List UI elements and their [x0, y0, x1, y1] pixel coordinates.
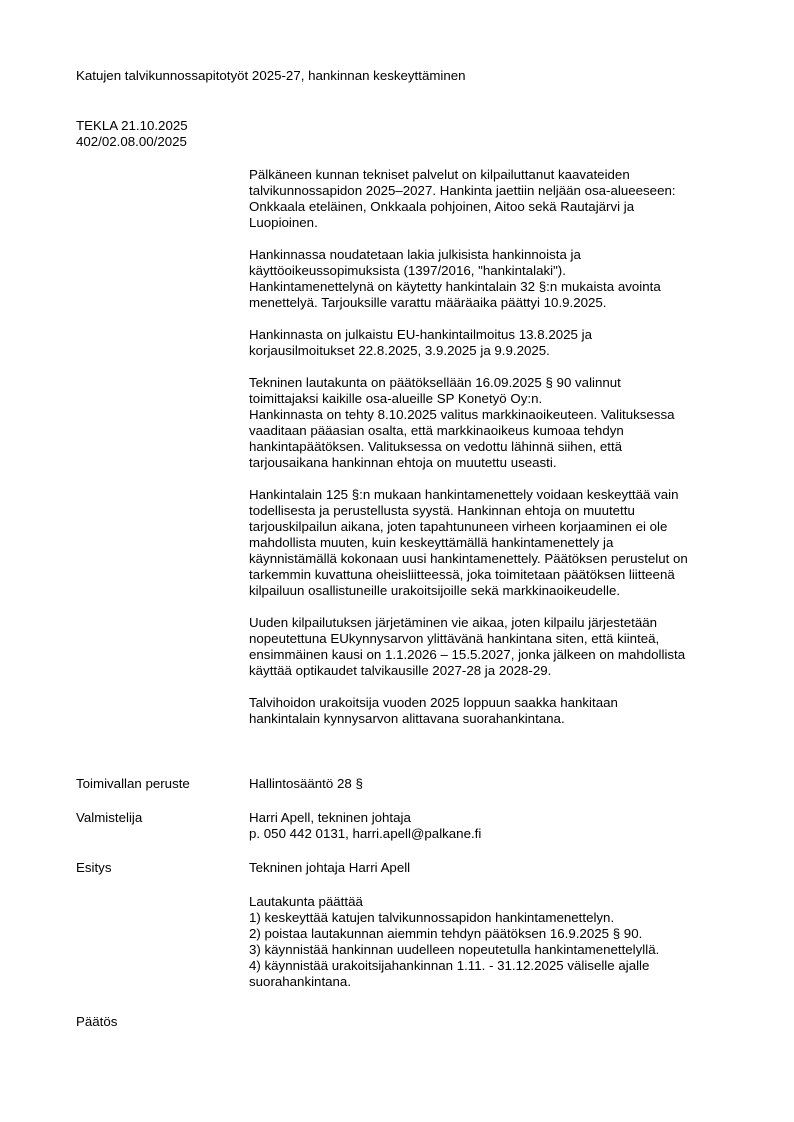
text-line: tarjousaikana hankinnan ehtoja on muutet…: [249, 455, 749, 471]
text-line: Talvihoidon urakoitsija vuoden 2025 lopp…: [249, 695, 749, 711]
preparer-contact: p. 050 442 0131, harri.apell@palkane.fi: [249, 826, 481, 842]
text-line: Pälkäneen kunnan tekniset palvelut on ki…: [249, 167, 749, 183]
text-line: korjausilmoitukset 22.8.2025, 3.9.2025 j…: [249, 343, 749, 359]
document-meta: TEKLA 21.10.2025 402/02.08.00/2025: [76, 118, 188, 150]
authority-label: Toimivallan peruste: [76, 776, 190, 792]
text-line: menettelyä. Tarjouksille varattu määräai…: [249, 295, 749, 311]
proposal-item: suorahankintana.: [249, 974, 659, 990]
proposal-label: Esitys: [76, 860, 111, 876]
meeting-reference: TEKLA 21.10.2025: [76, 118, 188, 134]
text-line: mahdollista muuten, kuin keskeyttämällä …: [249, 535, 749, 551]
text-line: hankintapäätöksen. Valituksessa on vedot…: [249, 439, 749, 455]
paragraph: Pälkäneen kunnan tekniset palvelut on ki…: [249, 167, 749, 231]
text-line: Uuden kilpailutuksen järjetäminen vie ai…: [249, 615, 749, 631]
decision-label: Päätös: [76, 1014, 117, 1030]
authority-value: Hallintosääntö 28 §: [249, 776, 363, 792]
text-line: talvikunnossapidon 2025–2027. Hankinta j…: [249, 183, 749, 199]
text-line: kilpailuun osallistuneille urakoitsijoil…: [249, 583, 749, 599]
text-line: todellisesta ja perustellusta syystä. Ha…: [249, 503, 749, 519]
preparer-label: Valmistelija: [76, 810, 142, 826]
proposal-presenter: Tekninen johtaja Harri Apell: [249, 860, 410, 876]
text-line: Onkkaala eteläinen, Onkkaala pohjoinen, …: [249, 199, 749, 215]
preparer-name: Harri Apell, tekninen johtaja: [249, 810, 411, 826]
text-line: tarjouskilpailun aikana, joten tapahtunu…: [249, 519, 749, 535]
proposal-item: 2) poistaa lautakunnan aiemmin tehdyn pä…: [249, 926, 659, 942]
text-line: käynnistämällä kokonaan uusi hankintamen…: [249, 551, 749, 567]
paragraph: Hankinnassa noudatetaan lakia julkisista…: [249, 247, 749, 311]
text-line: nopeutettuna EUkynnysarvon ylittävänä ha…: [249, 631, 749, 647]
proposal-intro: Lautakunta päättää: [249, 894, 659, 910]
case-description: Pälkäneen kunnan tekniset palvelut on ki…: [249, 167, 749, 743]
text-line: käyttää optikaudet talvikausille 2027-28…: [249, 663, 749, 679]
paragraph: Hankinnasta on julkaistu EU-hankintailmo…: [249, 327, 749, 359]
text-line: Hankinnassa noudatetaan lakia julkisista…: [249, 247, 749, 263]
paragraph: Tekninen lautakunta on päätöksellään 16.…: [249, 375, 749, 471]
record-number: 402/02.08.00/2025: [76, 134, 188, 150]
proposal-item: 3) käynnistää hankinnan uudelleen nopeut…: [249, 942, 659, 958]
document-title: Katujen talvikunnossapitotyöt 2025-27, h…: [76, 68, 466, 84]
proposal-decision-list: Lautakunta päättää1) keskeyttää katujen …: [249, 894, 659, 990]
text-line: Luopioinen.: [249, 215, 749, 231]
text-line: ensimmäinen kausi on 1.1.2026 – 15.5.202…: [249, 647, 749, 663]
text-line: käyttöoikeussopimuksista (1397/2016, "ha…: [249, 263, 749, 279]
text-line: Hankintalain 125 §:n mukaan hankintamene…: [249, 487, 749, 503]
text-line: Hankinnasta on julkaistu EU-hankintailmo…: [249, 327, 749, 343]
text-line: vaaditaan pääasian osalta, että markkina…: [249, 423, 749, 439]
text-line: Hankintamenettelynä on käytetty hankinta…: [249, 279, 749, 295]
paragraph: Talvihoidon urakoitsija vuoden 2025 lopp…: [249, 695, 749, 727]
text-line: Tekninen lautakunta on päätöksellään 16.…: [249, 375, 749, 391]
text-line: Hankinnasta on tehty 8.10.2025 valitus m…: [249, 407, 749, 423]
proposal-item: 4) käynnistää urakoitsijahankinnan 1.11.…: [249, 958, 659, 974]
paragraph: Uuden kilpailutuksen järjetäminen vie ai…: [249, 615, 749, 679]
text-line: hankintalain kynnysarvon alittavana suor…: [249, 711, 749, 727]
proposal-item: 1) keskeyttää katujen talvikunnossapidon…: [249, 910, 659, 926]
text-line: tarkemmin kuvattuna oheisliitteessä, jok…: [249, 567, 749, 583]
text-line: toimittajaksi kaikille osa-alueille SP K…: [249, 391, 749, 407]
paragraph: Hankintalain 125 §:n mukaan hankintamene…: [249, 487, 749, 599]
